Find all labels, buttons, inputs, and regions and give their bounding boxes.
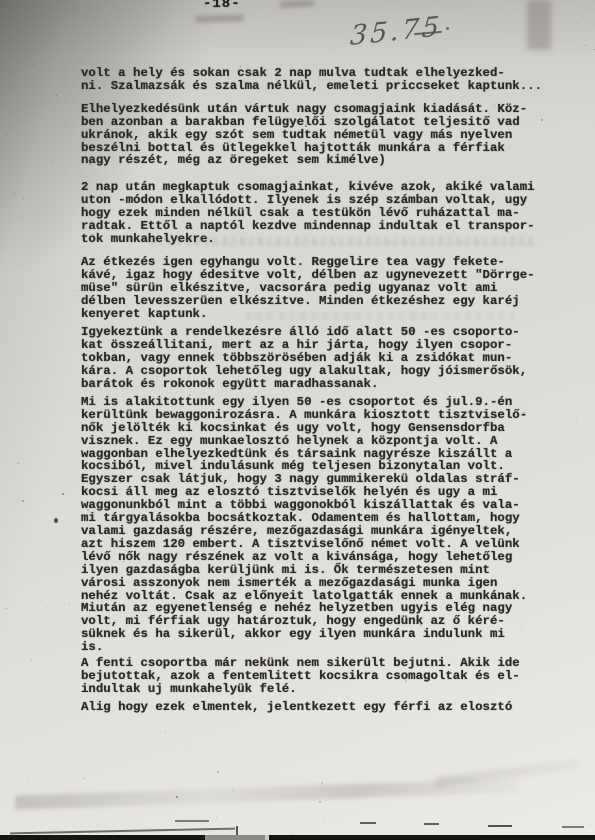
scanned-page: -18- 35.75 volt a hely és sokan csak 2 n… bbox=[0, 0, 595, 840]
paragraph: volt a hely és sokan csak 2 nap mulva tu… bbox=[81, 67, 557, 93]
ink-bleed-smudge bbox=[150, 237, 535, 246]
scan-edge-gap bbox=[205, 835, 265, 840]
ink-spot bbox=[54, 518, 58, 523]
paragraph: Elhelyezkedésünk után vártuk nagy csomag… bbox=[81, 103, 557, 168]
page-number: -18- bbox=[203, 0, 241, 12]
scan-edge-gap bbox=[265, 835, 269, 840]
scratch-mark bbox=[175, 820, 209, 822]
scan-edge-bar bbox=[0, 835, 595, 840]
paragraph: Az étkezés igen egyhangu volt. Reggelire… bbox=[81, 256, 557, 321]
scan-smudge bbox=[280, 0, 314, 8]
paragraph: Mi is alakitottunk egy ilyen 50 -es csop… bbox=[81, 396, 557, 654]
page-number-smudge bbox=[196, 14, 244, 23]
paragraph: A fenti csoportba már nekünk nem sikerül… bbox=[81, 657, 557, 696]
scratch-mark bbox=[424, 823, 439, 825]
scan-noise-patch bbox=[527, 0, 551, 50]
ink-bleed-smudge bbox=[245, 312, 515, 320]
scratch-mark bbox=[562, 826, 584, 828]
document-body: volt a hely és sokan csak 2 nap mulva tu… bbox=[81, 67, 557, 720]
paragraph: Igyekeztünk a rendelkezésre álló idő ala… bbox=[81, 326, 557, 391]
scratch-mark bbox=[488, 825, 512, 827]
paragraph: Alig hogy ezek elmentek, jelentkezett eg… bbox=[81, 701, 557, 714]
scratch-mark bbox=[360, 822, 376, 824]
scratch-line bbox=[10, 828, 235, 835]
handwritten-dot bbox=[446, 27, 449, 30]
